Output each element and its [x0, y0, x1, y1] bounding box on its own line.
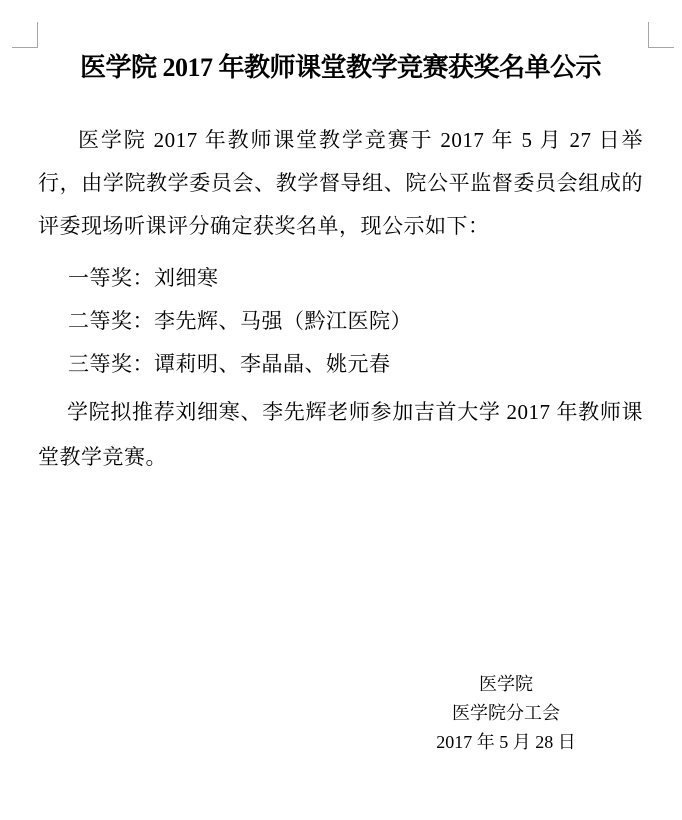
document-page: 医学院 2017 年教师课堂教学竞赛获奖名单公示 医学院 2017 年教师课堂教…	[0, 0, 682, 820]
awards-list: 一等奖：刘细寒 二等奖：李先辉、马强（黔江医院） 三等奖：谭莉明、李晶晶、姚元春	[38, 257, 643, 386]
document-content: 医学院 2017 年教师课堂教学竞赛获奖名单公示 医学院 2017 年教师课堂教…	[0, 50, 682, 757]
award-line-first-prize: 一等奖：刘细寒	[38, 257, 643, 300]
document-title: 医学院 2017 年教师课堂教学竞赛获奖名单公示	[38, 50, 643, 86]
signature-block: 医学院 医学院分工会 2017 年 5 月 28 日	[386, 670, 626, 757]
award-line-second-prize: 二等奖：李先辉、马强（黔江医院）	[38, 300, 643, 343]
intro-paragraph: 医学院 2017 年教师课堂教学竞赛于 2017 年 5 月 27 日举行，由学…	[38, 119, 643, 248]
signature-org: 医学院	[386, 670, 626, 699]
crop-mark-top-left	[12, 22, 38, 48]
crop-mark-top-right	[648, 22, 674, 48]
award-line-third-prize: 三等奖：谭莉明、李晶晶、姚元春	[38, 343, 643, 386]
signature-date: 2017 年 5 月 28 日	[386, 728, 626, 757]
recommendation-paragraph: 学院拟推荐刘细寒、李先辉老师参加吉首大学 2017 年教师课堂教学竞赛。	[38, 390, 643, 480]
signature-union: 医学院分工会	[386, 699, 626, 728]
